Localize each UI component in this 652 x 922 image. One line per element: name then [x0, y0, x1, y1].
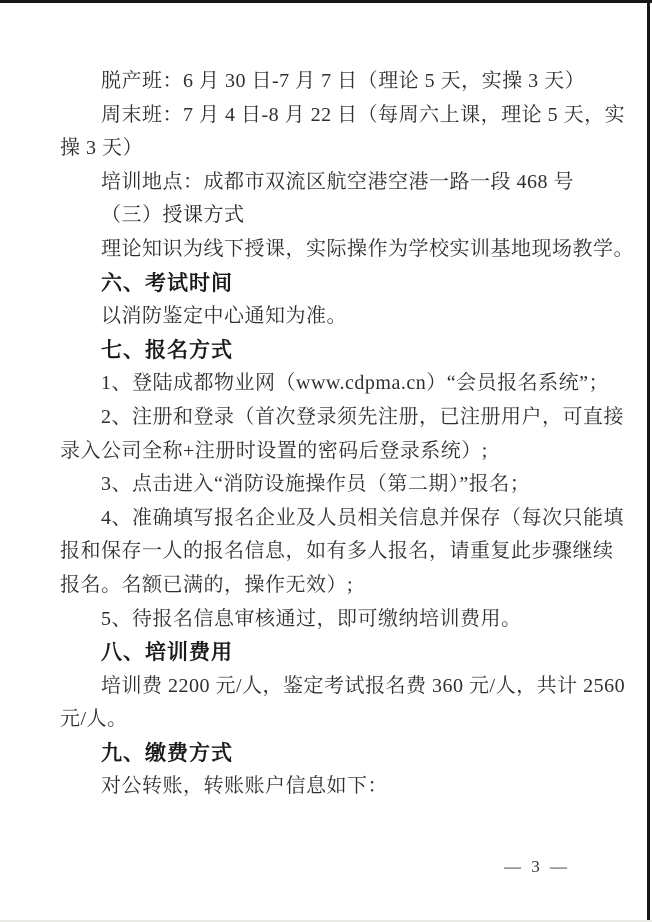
text-line: 1、登陆成都物业网（www.cdpma.cn）“会员报名系统”； [60, 367, 594, 401]
text-line: 3、点击进入“消防设施操作员（第二期）”报名； [60, 468, 594, 502]
text-line: 元/人。 [60, 703, 594, 737]
text-line: 2、注册和登录（首次登录须先注册，已注册用户，可直接 [60, 401, 594, 435]
text-line: 周末班：7 月 4 日-8 月 22 日（每周六上课，理论 5 天，实 [60, 99, 594, 133]
section-heading: 九、缴费方式 [60, 737, 594, 771]
text-line: 报和保存一人的报名信息，如有多人报名，请重复此步骤继续 [60, 535, 594, 569]
text-line: 脱产班：6 月 30 日-7 月 7 日（理论 5 天，实操 3 天） [60, 65, 594, 99]
text-line: 报名。名额已满的，操作无效）; [60, 569, 594, 603]
section-heading: 七、报名方式 [60, 334, 594, 368]
text-line: 4、准确填写报名企业及人员相关信息并保存（每次只能填 [60, 502, 594, 536]
page-number: — 3 — [504, 857, 570, 877]
text-line: 5、待报名信息审核通过，即可缴纳培训费用。 [60, 603, 594, 637]
text-line: 对公转账，转账账户信息如下： [60, 770, 594, 804]
document-body: 脱产班：6 月 30 日-7 月 7 日（理论 5 天，实操 3 天）周末班：7… [60, 65, 594, 804]
section-heading: 八、培训费用 [60, 636, 594, 670]
text-line: 培训费 2200 元/人，鉴定考试报名费 360 元/人，共计 2560 [60, 670, 594, 704]
text-line: 培训地点：成都市双流区航空港空港一路一段 468 号 [60, 166, 594, 200]
page-edge-top [0, 0, 652, 3]
text-line: 录入公司全称+注册时设置的密码后登录系统）; [60, 435, 594, 469]
page-edge-right [647, 0, 650, 922]
document-page: 脱产班：6 月 30 日-7 月 7 日（理论 5 天，实操 3 天）周末班：7… [0, 0, 652, 922]
text-line: 操 3 天） [60, 132, 594, 166]
text-line: 以消防鉴定中心通知为准。 [60, 300, 594, 334]
text-line: 理论知识为线下授课，实际操作为学校实训基地现场教学。 [60, 233, 594, 267]
sub-section-heading: （三）授课方式 [60, 199, 594, 233]
section-heading: 六、考试时间 [60, 267, 594, 301]
